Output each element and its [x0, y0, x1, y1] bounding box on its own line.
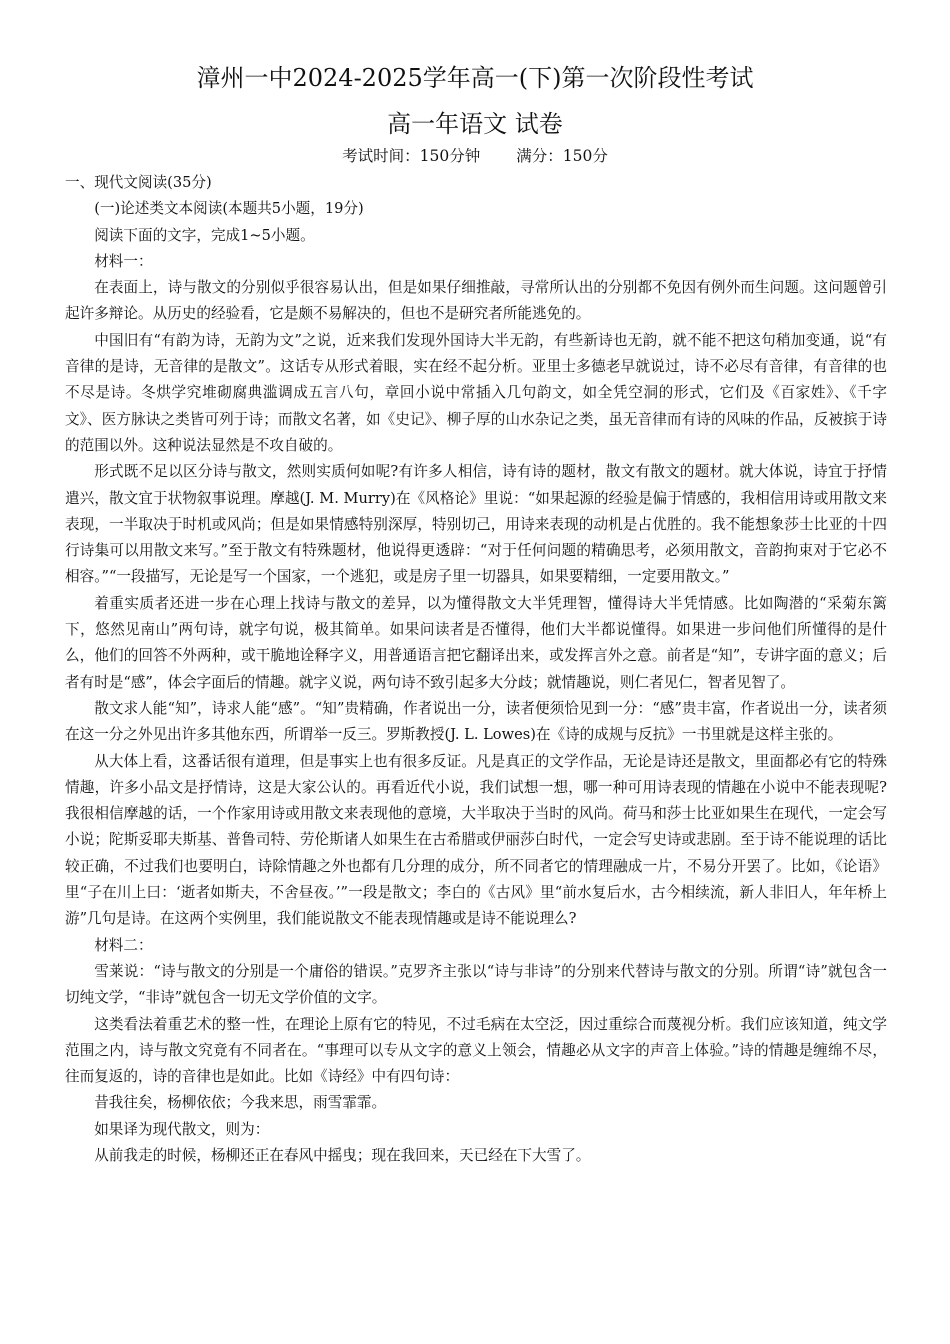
- material1-paragraph: 散文求人能“知”，诗求人能“感”。“知”贵精确，作者说出一分，读者便须恰见到一分…: [65, 696, 887, 749]
- material1-paragraph: 中国旧有“有韵为诗，无韵为文”之说，近来我们发现外国诗大半无韵，有些新诗也无韵，…: [65, 328, 887, 459]
- material1-label: 材料一：: [65, 249, 887, 275]
- exam-title: 漳州一中2024-2025学年高一(下)第一次阶段性考试: [0, 58, 950, 93]
- poem-quote: 昔我往矣，杨柳依依；今我来思，雨雪霏霏。: [65, 1090, 887, 1116]
- poem-translation: 从前我走的时候，杨柳还正在春风中摇曳；现在我回来，天已经在下大雪了。: [65, 1143, 887, 1169]
- material2-paragraph: 这类看法着重艺术的整一性，在理论上原有它的特见，不过毛病在太空泛，因过重综合而蔑…: [65, 1012, 887, 1091]
- material1-paragraph: 形式既不足以区分诗与散文，然则实质何如呢?有许多人相信，诗有诗的题材，散文有散文…: [65, 459, 887, 590]
- material1-paragraph: 着重实质者还进一步在心理上找诗与散文的差异，以为懂得散文大半凭理智，懂得诗大半凭…: [65, 591, 887, 696]
- full-score: 满分：150分: [516, 147, 608, 165]
- material2-paragraph: 雪莱说：“诗与散文的分别是一个庸俗的错误。”克罗齐主张以“诗与非诗”的分别来代替…: [65, 959, 887, 1012]
- material2-label: 材料二：: [65, 933, 887, 959]
- exam-subtitle: 高一年语文 试卷: [0, 104, 950, 139]
- material1-paragraph: 在表面上，诗与散文的分别似乎很容易认出，但是如果仔细推敲，寻常所认出的分别都不免…: [65, 275, 887, 328]
- material1-paragraph: 从大体上看，这番话很有道理，但是事实上也有很多反证。凡是真正的文学作品，无论是诗…: [65, 749, 887, 933]
- section-instruction: 阅读下面的文字，完成1~5小题。: [65, 223, 887, 249]
- section-heading: 一、现代文阅读(35分): [65, 170, 887, 196]
- exam-page: 漳州一中2024-2025学年高一(下)第一次阶段性考试 高一年语文 试卷 考试…: [0, 0, 950, 1344]
- exam-meta: 考试时间：150分钟满分：150分: [0, 144, 950, 166]
- exam-time: 考试时间：150分钟: [342, 147, 480, 165]
- section-subheading: (一)论述类文本阅读(本题共5小题，19分): [65, 196, 887, 222]
- document-body: 一、现代文阅读(35分) (一)论述类文本阅读(本题共5小题，19分) 阅读下面…: [65, 170, 887, 1169]
- material2-paragraph: 如果译为现代散文，则为：: [65, 1117, 887, 1143]
